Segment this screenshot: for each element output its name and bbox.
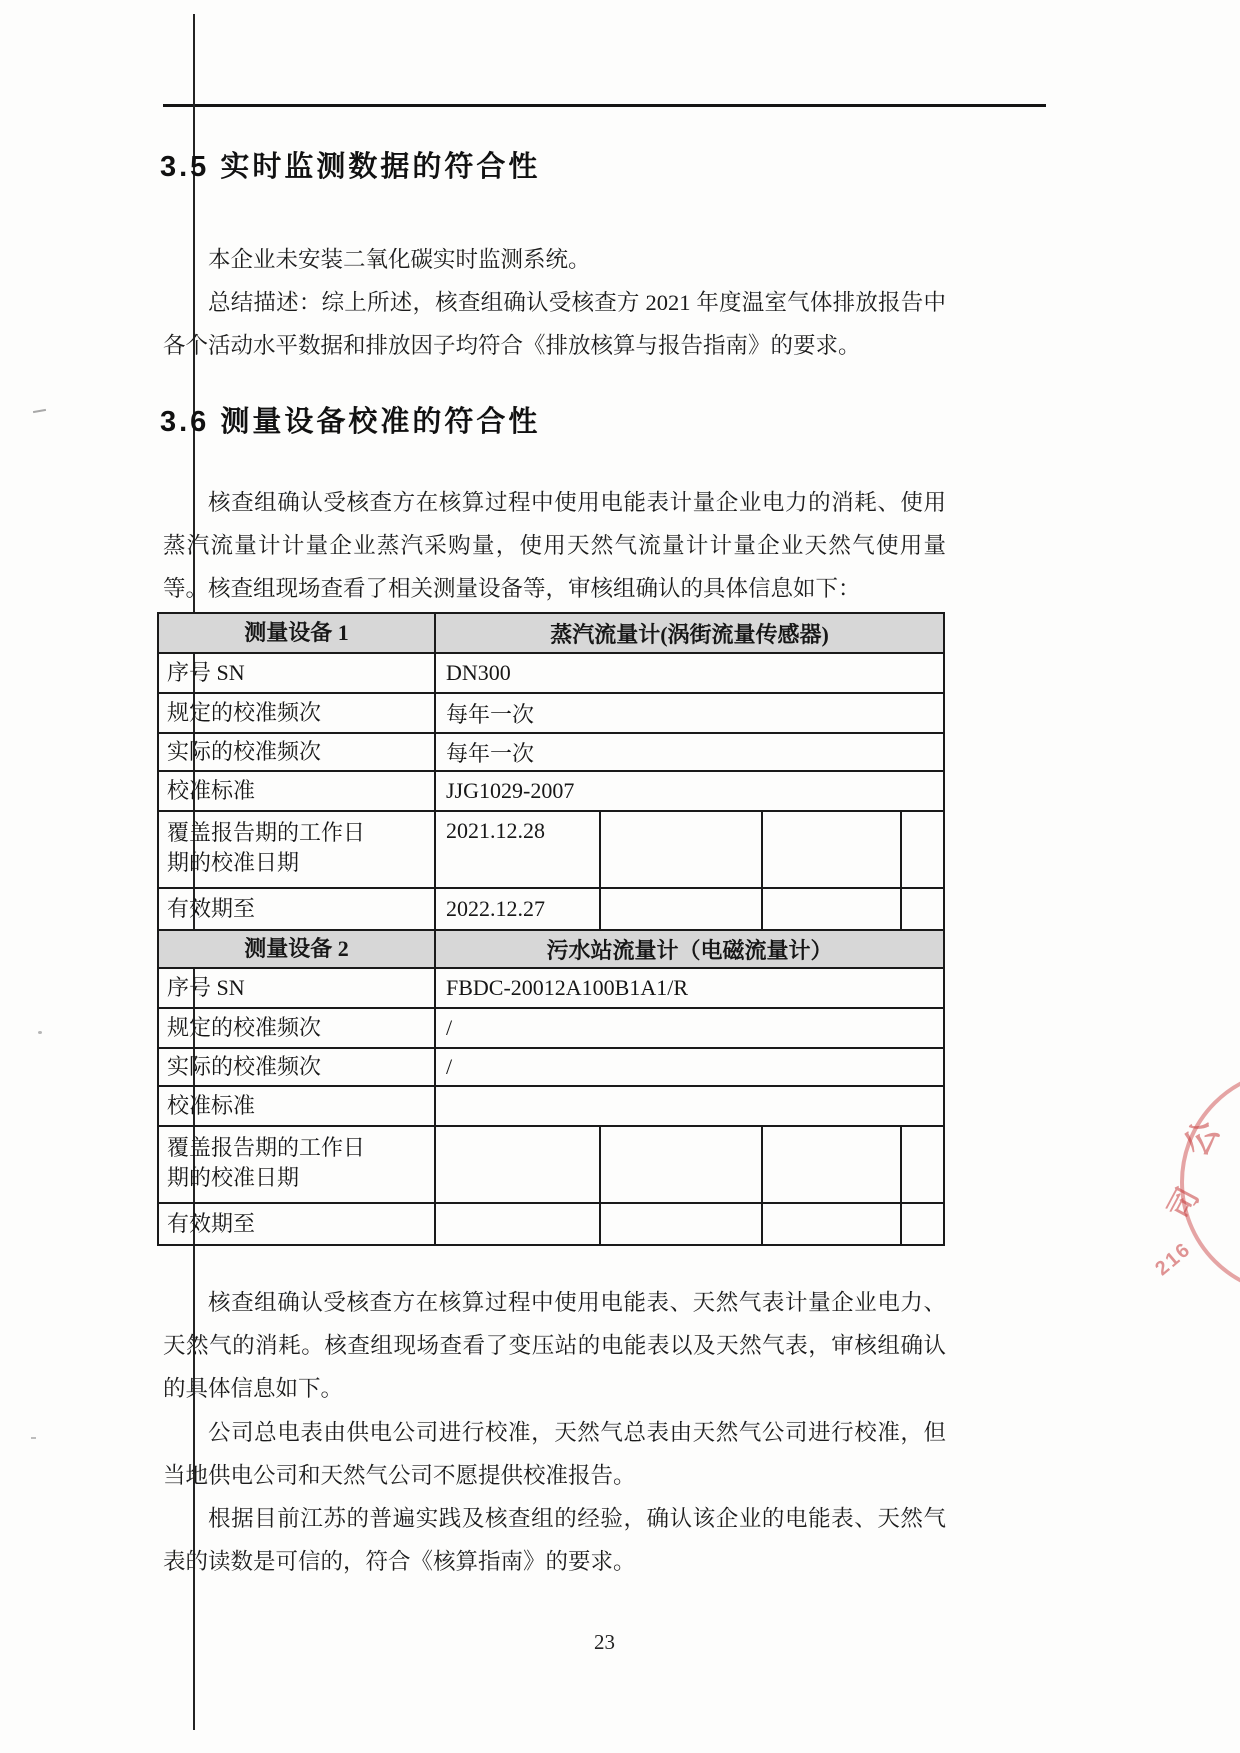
table-row: 覆盖报告期的工作日 期的校准日期 — [158, 1126, 944, 1203]
table-row: 实际的校准频次 每年一次 — [158, 733, 944, 771]
measurement-device-table: 测量设备 1 蒸汽流量计(涡街流量传感器) 序号 SN DN300 规定的校准频… — [157, 612, 945, 1246]
row-value: 2021.12.28 — [435, 811, 600, 888]
scanned-document-page: 3.5 实时监测数据的符合性 本企业未安装二氧化碳实时监测系统。 总结描述：综上… — [0, 0, 1240, 1753]
table-row: 序号 SN DN300 — [158, 653, 944, 693]
paragraph-text: 核查组确认受核查方在核算过程中使用电能表计量企业电力的消耗、使用蒸汽流量计计量企… — [163, 481, 946, 611]
paragraph-3-6-2: 核查组确认受核查方在核算过程中使用电能表、天然气表计量企业电力、天然气的消耗。核… — [163, 1281, 946, 1411]
table-row: 实际的校准频次 / — [158, 1048, 944, 1086]
device2-header-label: 测量设备 2 — [158, 930, 435, 968]
scan-artifact — [31, 1437, 36, 1439]
empty-cell — [600, 811, 762, 888]
row-label: 有效期至 — [158, 1203, 435, 1245]
row-label: 覆盖报告期的工作日 期的校准日期 — [158, 811, 435, 888]
section-heading-3-6: 3.6 测量设备校准的符合性 — [160, 399, 540, 440]
row-value: FBDC-20012A100B1A1/R — [435, 968, 944, 1008]
row-label: 规定的校准频次 — [158, 1008, 435, 1048]
empty-cell — [762, 888, 901, 930]
scan-artifact — [33, 409, 46, 413]
paragraph-3-5-2: 总结描述：综上所述，核查组确认受核查方 2021 年度温室气体排放报告中各个活动… — [163, 281, 946, 367]
row-label: 序号 SN — [158, 968, 435, 1008]
red-seal-stamp-partial: 公 司 216 — [1148, 1040, 1240, 1340]
row-label: 有效期至 — [158, 888, 435, 930]
paragraph-3-6-3: 公司总电表由供电公司进行校准，天然气总表由天然气公司进行校准，但当地供电公司和天… — [163, 1411, 946, 1497]
row-label: 校准标准 — [158, 771, 435, 811]
header-rule — [163, 104, 1046, 107]
stamp-ring — [1180, 1068, 1240, 1296]
row-label: 实际的校准频次 — [158, 1048, 435, 1086]
empty-cell — [762, 811, 901, 888]
paragraph-text: 本企业未安装二氧化碳实时监测系统。 — [163, 238, 946, 281]
row-value: 2022.12.27 — [435, 888, 600, 930]
stamp-glyph: 司 — [1155, 1178, 1208, 1225]
table-row: 规定的校准频次 / — [158, 1008, 944, 1048]
row-value — [435, 1203, 600, 1245]
empty-cell — [762, 1203, 901, 1245]
empty-cell — [600, 1203, 762, 1245]
paragraph-3-6-1: 核查组确认受核查方在核算过程中使用电能表计量企业电力的消耗、使用蒸汽流量计计量企… — [163, 481, 946, 611]
table-row: 覆盖报告期的工作日 期的校准日期 2021.12.28 — [158, 811, 944, 888]
empty-cell — [901, 1126, 944, 1203]
row-label: 实际的校准频次 — [158, 733, 435, 771]
table-row: 校准标准 JJG1029-2007 — [158, 771, 944, 811]
row-label: 规定的校准频次 — [158, 693, 435, 733]
table-header-device1: 测量设备 1 蒸汽流量计(涡街流量传感器) — [158, 613, 944, 653]
row-value — [435, 1086, 944, 1126]
empty-cell — [600, 888, 762, 930]
row-value: / — [435, 1008, 944, 1048]
row-value — [435, 1126, 600, 1203]
row-value: 每年一次 — [435, 733, 944, 771]
row-value: JJG1029-2007 — [435, 771, 944, 811]
paragraph-text: 总结描述：综上所述，核查组确认受核查方 2021 年度温室气体排放报告中各个活动… — [163, 281, 946, 367]
paragraph-3-5-1: 本企业未安装二氧化碳实时监测系统。 — [163, 238, 946, 281]
row-label: 序号 SN — [158, 653, 435, 693]
row-label: 校准标准 — [158, 1086, 435, 1126]
page-number: 23 — [594, 1630, 615, 1655]
table-row: 校准标准 — [158, 1086, 944, 1126]
device1-header-value: 蒸汽流量计(涡街流量传感器) — [435, 613, 944, 653]
device1-header-label: 测量设备 1 — [158, 613, 435, 653]
empty-cell — [901, 1203, 944, 1245]
stamp-digits: 216 — [1151, 1238, 1196, 1281]
row-value: DN300 — [435, 653, 944, 693]
section-heading-3-5: 3.5 实时监测数据的符合性 — [160, 144, 540, 185]
stamp-glyph: 公 — [1169, 1109, 1229, 1164]
row-value: 每年一次 — [435, 693, 944, 733]
paragraph-3-6-4: 根据目前江苏的普遍实践及核查组的经验，确认该企业的电能表、天然气表的读数是可信的… — [163, 1497, 946, 1583]
empty-cell — [901, 811, 944, 888]
table-row: 有效期至 2022.12.27 — [158, 888, 944, 930]
empty-cell — [600, 1126, 762, 1203]
empty-cell — [901, 888, 944, 930]
table-row: 序号 SN FBDC-20012A100B1A1/R — [158, 968, 944, 1008]
device2-header-value: 污水站流量计（电磁流量计） — [435, 930, 944, 968]
scan-artifact — [38, 1031, 42, 1034]
table-header-device2: 测量设备 2 污水站流量计（电磁流量计） — [158, 930, 944, 968]
table-row: 规定的校准频次 每年一次 — [158, 693, 944, 733]
post-table-paragraphs: 核查组确认受核查方在核算过程中使用电能表、天然气表计量企业电力、天然气的消耗。核… — [163, 1281, 946, 1583]
row-value: / — [435, 1048, 944, 1086]
table-row: 有效期至 — [158, 1203, 944, 1245]
row-label: 覆盖报告期的工作日 期的校准日期 — [158, 1126, 435, 1203]
empty-cell — [762, 1126, 901, 1203]
